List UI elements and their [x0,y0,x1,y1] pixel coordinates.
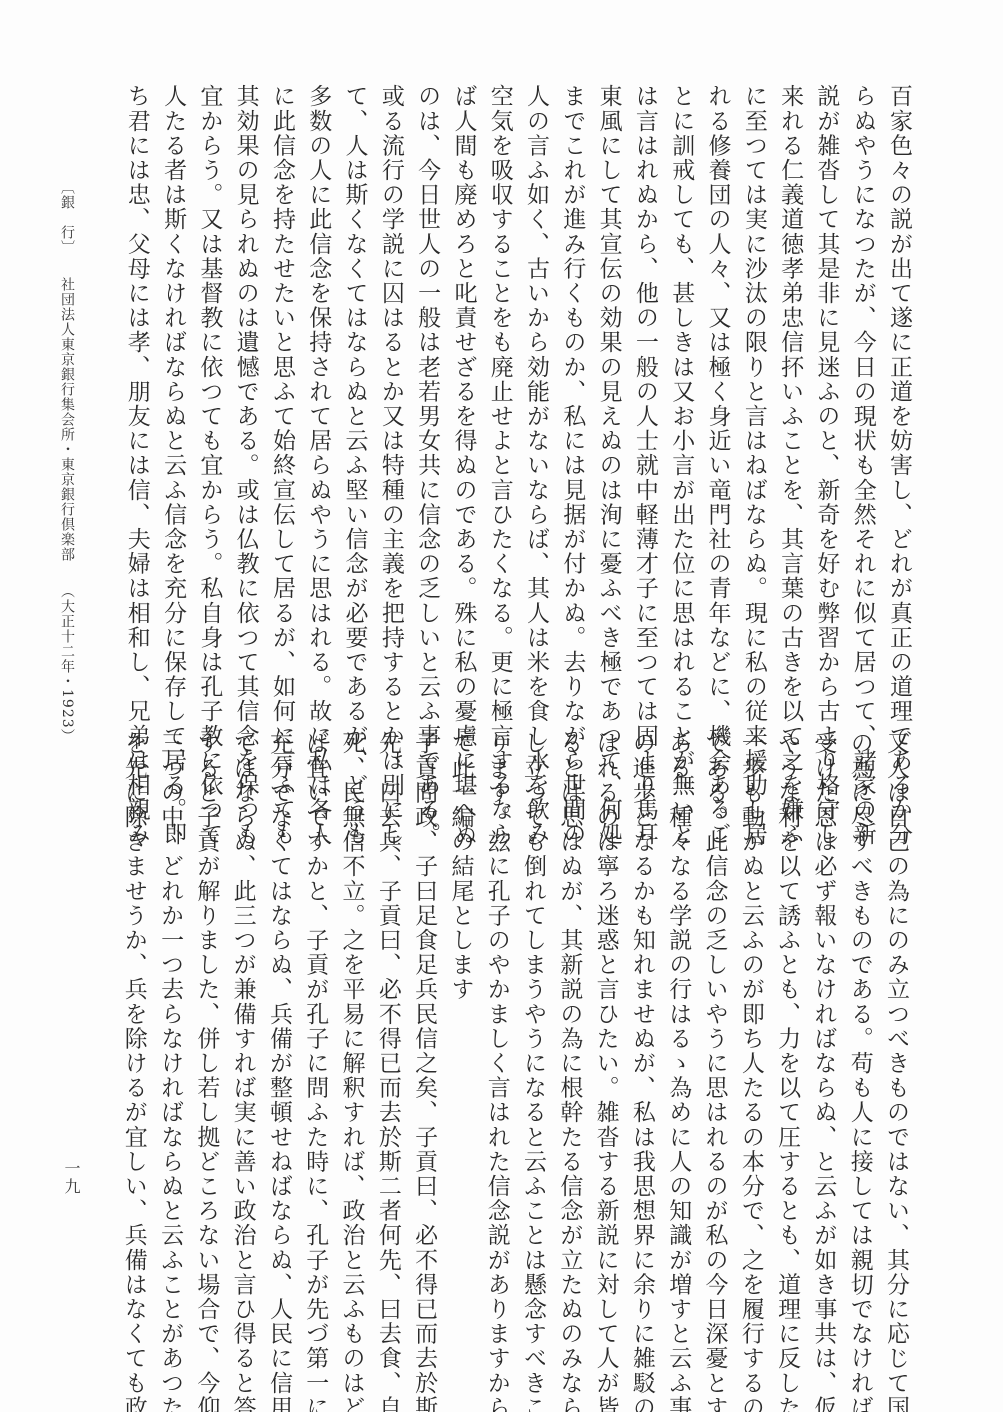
text-column: れる修養団の人々、又は極く身近い竜門社の青年などに、機会あるご [699,84,735,684]
text-column: らぬやうになつたが、今日の現状も全然それに似て居つて、諸家の新 [844,84,880,684]
text-column: 人たる者は斯くなければならぬと云ふ信念を充分に保存して居る。即 [155,84,191,684]
text-column: ば人間も廃めろと叱責せざるを得ぬのである。殊に私の憂慮に堪へぬ [445,84,481,684]
text-column: までこれが進み行くものか、私には見据が付かぬ。去りながら世間の [554,84,590,684]
text-column: てはならぬ、此三つが兼備すれば実に善い政治と言ひ得ると答へた。 [224,731,260,1351]
text-column: 先、曰去兵、子貢曰、必不得已而去於斯二者何先、曰去食、自古皆有 [370,731,406,1351]
text-column: はれるのは寧ろ迷惑と言ひたい。雑沓する新説に対して人が皆迎合す [587,731,623,1351]
running-head-section: 〔銀 行〕 [59,180,75,255]
text-column: て此一編の結尾とします [442,731,478,1351]
text-column: 百家色々の説が出て遂に正道を妨害し、どれが真正の道理であるか分 [881,84,917,684]
text-column: し立つても倒れてしまうやうになると云ふことは懸念すべきことであ [515,731,551,1351]
text-column: 或る流行の学説に囚はるとか又は特種の主義を把持するとかは別にし [373,84,409,684]
text-block-lower: 又人は自己の為にのみ立つべきものではない、其分に応じて国家社会 の為に尽すべきも… [115,731,914,1351]
text-column: の為に尽すべきものである。苟も人に接しては親切でなければならぬ [841,731,877,1351]
text-column: 受けた恩は必ず報いなければならぬ、と云ふが如き事共は、仮令どの [805,731,841,1351]
text-column: である。此信念の乏しいやうに思はれるのが私の今日深憂とする処で [696,731,732,1351]
text-column: ば宜いですかと、子貢が孔子に問ふた時に、孔子が先づ第一に食糧が [297,731,333,1351]
text-column: ち君には忠、父母には孝、朋友には信、夫婦は相和し、兄弟は相親み [118,84,154,684]
text-column: のは、今日世人の一般は老若男女共に信念の乏しいと云ふ事である。 [409,84,445,684]
text-column: 来れる仁義道徳孝弟忠信抔いふことを、其言葉の古きを以て之を嫌ふ [772,84,808,684]
running-head-publisher: 社団法人東京銀行集会所・東京銀行倶楽部 [59,277,75,562]
text-column: るとは思はぬが、其新説の為に根幹たる信念が立たぬのみならず、若 [551,731,587,1351]
text-column: 死、民無信不立。之を平易に解釈すれば、政治と云ふものはどうすれ [333,731,369,1351]
text-column: 多数の人に此信念を保持されて居らぬやうに思はれる。故に私は各人 [300,84,336,684]
text-column: て、人は斯くなくてはならぬと云ふ堅い信念が必要であるが、どうも [336,84,372,684]
text-column: やうな利を以て誘ふとも、力を以て圧するとも、道理に反した事には [769,731,805,1351]
page-number: 一九 [60,1160,83,1196]
text-column: に至つては実に沙汰の限りと言はねばならぬ。現に私の従来援助し居 [736,84,772,684]
text-column: 充分でなくてはならぬ、兵備が整頓せねばならぬ、人民に信用がなく [261,731,297,1351]
text-column: 其効果の見られぬのは遺憾である。或は仏教に依つて其信念を保つも [227,84,263,684]
text-column: 三つの中、どれか一つ去らなければならぬと云ふことがあつたら、何 [152,731,188,1351]
text-column: 子貢問政、子曰足食足兵民信之矣、子貢曰、必不得已而去於斯三者何 [406,731,442,1351]
text-column: を先に除きませうか、兵を除けるが宜しい、兵備はなくても政治は出 [115,731,151,1351]
text-column: は言はれぬから、他の一般の人士就中軽薄才子に至つては固より馬耳 [627,84,663,684]
text-column: 空気を吸収することをも廃止せよと言ひたくなる。更に極言するなら [481,84,517,684]
running-head-date: （大正十二年・1923） [59,584,75,744]
document-page: 百家色々の説が出て遂に正道を妨害し、どれが真正の道理であるか分 らぬやうになつた… [0,0,1003,1412]
text-column: とに訓戒しても、甚しきは又お小言が出た位に思はれることが無いと [663,84,699,684]
text-block-upper: 百家色々の説が出て遂に正道を妨害し、どれが真正の道理であるか分 らぬやうになつた… [118,84,917,684]
text-column: の進歩となるかも知れませぬが、私は我思想界に余りに雑駁の説の行 [624,731,660,1351]
text-column: ある。種々なる学説の行はるゝ為めに人の知識が増すと云ふ事が人文 [660,731,696,1351]
text-column: 一歩も動かぬと云ふのが即ち人たるの本分で、之を履行するのが信念 [733,731,769,1351]
text-column: 宜からう。又は基督教に依つても宜からう。私自身は孔子教に依つて [191,84,227,684]
text-column: 説が雑沓して其是非に見迷ふのと、新奇を好む弊習から古より格守し [808,84,844,684]
text-column: すると子貢が解りました、併し若し拠どころない場合で、今仰しやる [188,731,224,1351]
text-column: 東風にして其宣伝の効果の見えぬのは洵に憂ふべき極であつて、何処 [590,84,626,684]
text-column: に此信念を持たせたいと思ふて始終宣伝して居るが、如何に言ふても [264,84,300,684]
text-column: 人の言ふ如く、古いから効能がないならば、其人は米を食し水を飲み [518,84,554,684]
running-head: 〔銀 行〕社団法人東京銀行集会所・東京銀行倶楽部（大正十二年・1923） [58,180,76,744]
text-column: ります。玆に孔子のやかましく言はれた信念説がありますから引証し [478,731,514,1351]
text-column: 又人は自己の為にのみ立つべきものではない、其分に応じて国家社会 [878,731,914,1351]
